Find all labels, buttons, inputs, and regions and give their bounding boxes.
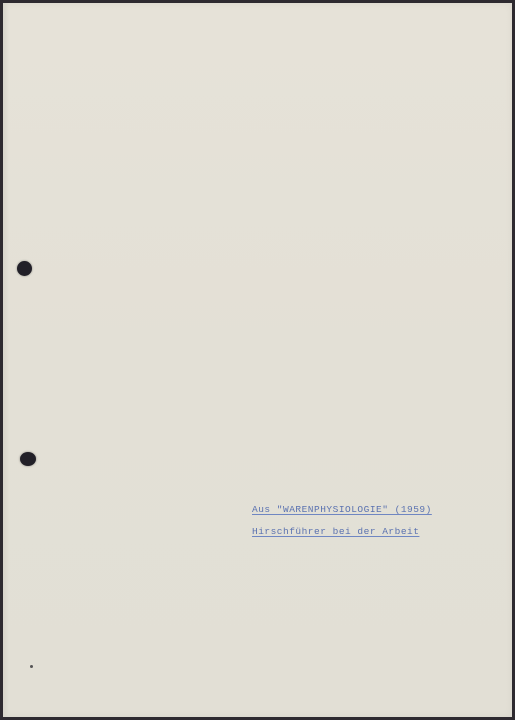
caption-line: Hirschführer bei der Arbeit: [252, 526, 419, 537]
paper-speck: [30, 665, 33, 668]
document-page: [3, 3, 512, 717]
punch-hole-top: [17, 261, 32, 276]
source-line: Aus "WARENPHYSIOLOGIE" (1959): [252, 504, 432, 515]
punch-hole-bottom: [20, 452, 36, 466]
page-edge-shadow: [3, 3, 9, 717]
